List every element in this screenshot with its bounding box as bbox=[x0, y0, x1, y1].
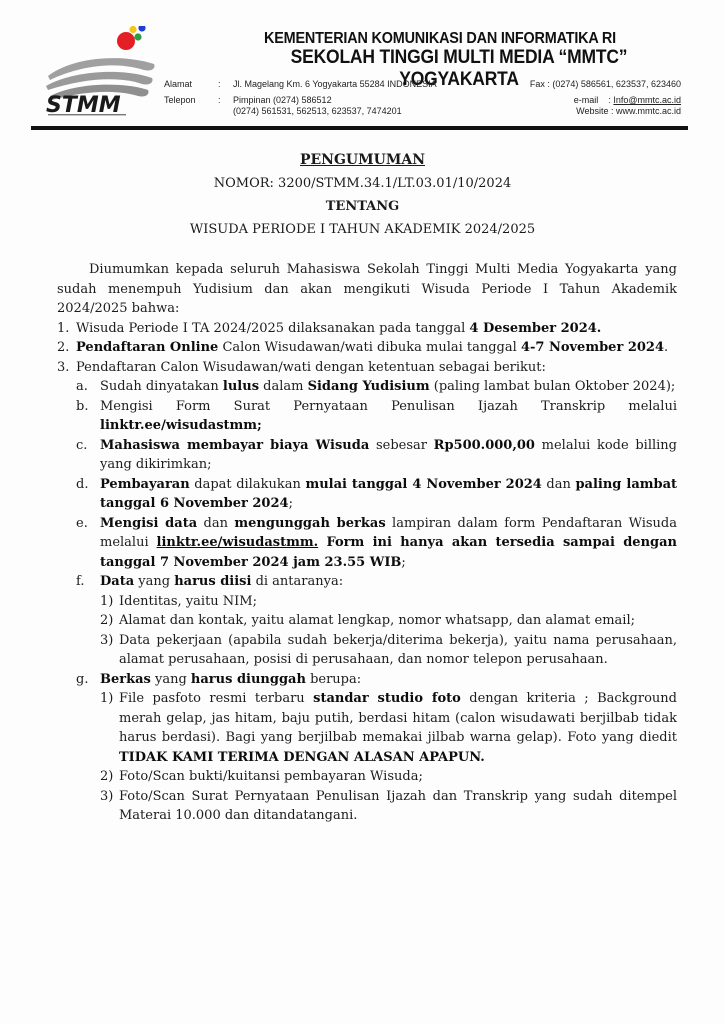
announcement-subject: WISUDA PERIODE I TAHUN AKADEMIK 2024/202… bbox=[0, 222, 725, 237]
telepon-colon: : bbox=[218, 94, 221, 106]
list-item-3g-3: 3) Foto/Scan Surat Pernyataan Penulisan … bbox=[100, 787, 677, 826]
telepon-value-2: (0274) 561531, 562513, 623537, 7474201 bbox=[233, 105, 402, 117]
announcement-body: Diumumkan kepada seluruh Mahasiswa Sekol… bbox=[57, 260, 677, 826]
alamat-value: Jl. Magelang Km. 6 Yogyakarta 55284 INDO… bbox=[233, 78, 437, 90]
list-item-3g-2: 2) Foto/Scan bukti/kuitansi pembayaran W… bbox=[100, 767, 677, 787]
list-item-3a: a. Sudah dinyatakan lulus dalam Sidang Y… bbox=[76, 377, 677, 397]
email-link[interactable]: Info@mmtc.ac.id bbox=[613, 95, 681, 105]
list-item-3b: b. Mengisi Form Surat Pernyataan Penulis… bbox=[76, 397, 677, 436]
registration-link[interactable]: linktr.ee/wisudastmm. bbox=[157, 535, 319, 550]
alamat-label: Alamat bbox=[164, 78, 192, 90]
intro-paragraph: Diumumkan kepada seluruh Mahasiswa Sekol… bbox=[57, 260, 677, 319]
list-item-3e: e. Mengisi data dan mengunggah berkas la… bbox=[76, 514, 677, 573]
tentang-label: TENTANG bbox=[0, 199, 725, 214]
list-item-3d: d. Pembayaran dapat dilakukan mulai tang… bbox=[76, 475, 677, 514]
list-item-3f-3: 3) Data pekerjaan (apabila sudah bekerja… bbox=[100, 631, 677, 670]
list-item-1: 1. Wisuda Periode I TA 2024/2025 dilaksa… bbox=[57, 319, 677, 339]
list-item-3g-1: 1) File pasfoto resmi terbaru standar st… bbox=[100, 689, 677, 767]
announcement-number: NOMOR: 3200/STMM.34.1/LT.03.01/10/2024 bbox=[0, 176, 725, 191]
form-link[interactable]: linktr.ee/wisudastmm; bbox=[100, 418, 262, 433]
email-sep: : bbox=[608, 95, 611, 105]
announcement-heading: PENGUMUMAN bbox=[0, 152, 725, 168]
alamat-colon: : bbox=[218, 78, 221, 90]
ministry-name: KEMENTERIAN KOMUNIKASI DAN INFORMATIKA R… bbox=[217, 30, 663, 48]
website: Website : www.mmtc.ac.id bbox=[576, 105, 681, 117]
email-label: e-mail bbox=[574, 95, 599, 105]
list-item-3f: f. Data yang harus diisi di antaranya: bbox=[76, 572, 677, 592]
stmm-logo-icon: STMM bbox=[44, 26, 162, 118]
letterhead-divider bbox=[31, 126, 688, 130]
list-item-3c: c. Mahasiswa membayar biaya Wisuda sebes… bbox=[76, 436, 677, 475]
list-item-3g: g. Berkas yang harus diunggah berupa: bbox=[76, 670, 677, 690]
telepon-label: Telepon bbox=[164, 94, 196, 106]
list-item-3: 3. Pendaftaran Calon Wisudawan/wati deng… bbox=[57, 358, 677, 378]
fax: Fax : (0274) 586561, 623537, 623460 bbox=[530, 78, 681, 90]
list-item-3f-1: 1) Identitas, yaitu NIM; bbox=[100, 592, 677, 612]
announcement-page: STMM KEMENTERIAN KOMUNIKASI DAN INFORMAT… bbox=[0, 0, 725, 1024]
list-item-2: 2. Pendaftaran Online Calon Wisudawan/wa… bbox=[57, 338, 677, 358]
list-item-3f-2: 2) Alamat dan kontak, yaitu alamat lengk… bbox=[100, 611, 677, 631]
